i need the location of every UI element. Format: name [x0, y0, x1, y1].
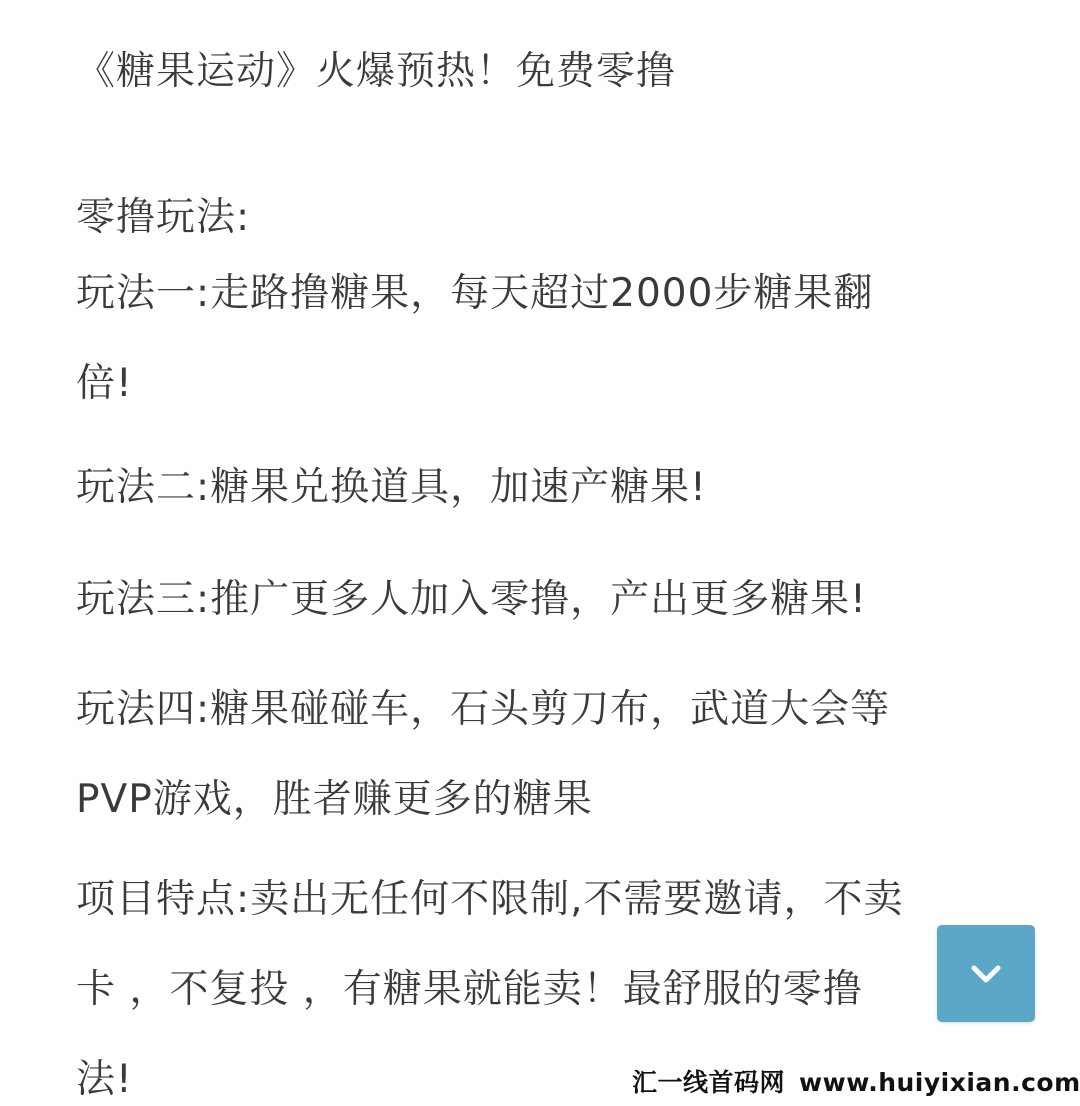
- scroll-down-button[interactable]: [937, 925, 1035, 1022]
- paragraph-line: 玩法二:糖果兑换道具，加速产糖果!: [76, 460, 707, 516]
- watermark: 汇一线首码网www.huiyixian.com: [632, 1068, 1080, 1098]
- paragraph-line: 项目特点:卖出无任何不限制,不需要邀请，不卖: [76, 872, 1016, 928]
- paragraph-line: PVP游戏，胜者赚更多的糖果: [76, 772, 1016, 828]
- watermark-site-name: 汇一线首码网: [632, 1068, 785, 1097]
- play-method-1: 玩法一:走路撸糖果，每天超过2000步糖果翻 倍!: [76, 266, 1016, 412]
- paragraph-line: 卡 ，不复投 ，有糖果就能卖！最舒服的零撸: [76, 962, 1016, 1018]
- paragraph-line: 玩法三:推广更多人加入零撸，产出更多糖果!: [76, 572, 867, 628]
- play-method-3: 玩法三:推广更多人加入零撸，产出更多糖果!: [76, 572, 867, 628]
- paragraph-line: 玩法四:糖果碰碰车，石头剪刀布，武道大会等: [76, 682, 1016, 738]
- watermark-url: www.huiyixian.com: [799, 1068, 1080, 1097]
- play-method-2: 玩法二:糖果兑换道具，加速产糖果!: [76, 460, 707, 516]
- paragraph-line: 玩法一:走路撸糖果，每天超过2000步糖果翻: [76, 266, 1016, 322]
- article-title: 《糖果运动》火爆预热！免费零撸: [76, 44, 676, 100]
- chevron-down-icon: [970, 963, 1002, 985]
- play-method-4: 玩法四:糖果碰碰车，石头剪刀布，武道大会等 PVP游戏，胜者赚更多的糖果: [76, 682, 1016, 828]
- paragraph-line: 倍!: [76, 356, 1016, 412]
- section-heading: 零撸玩法:: [76, 190, 250, 246]
